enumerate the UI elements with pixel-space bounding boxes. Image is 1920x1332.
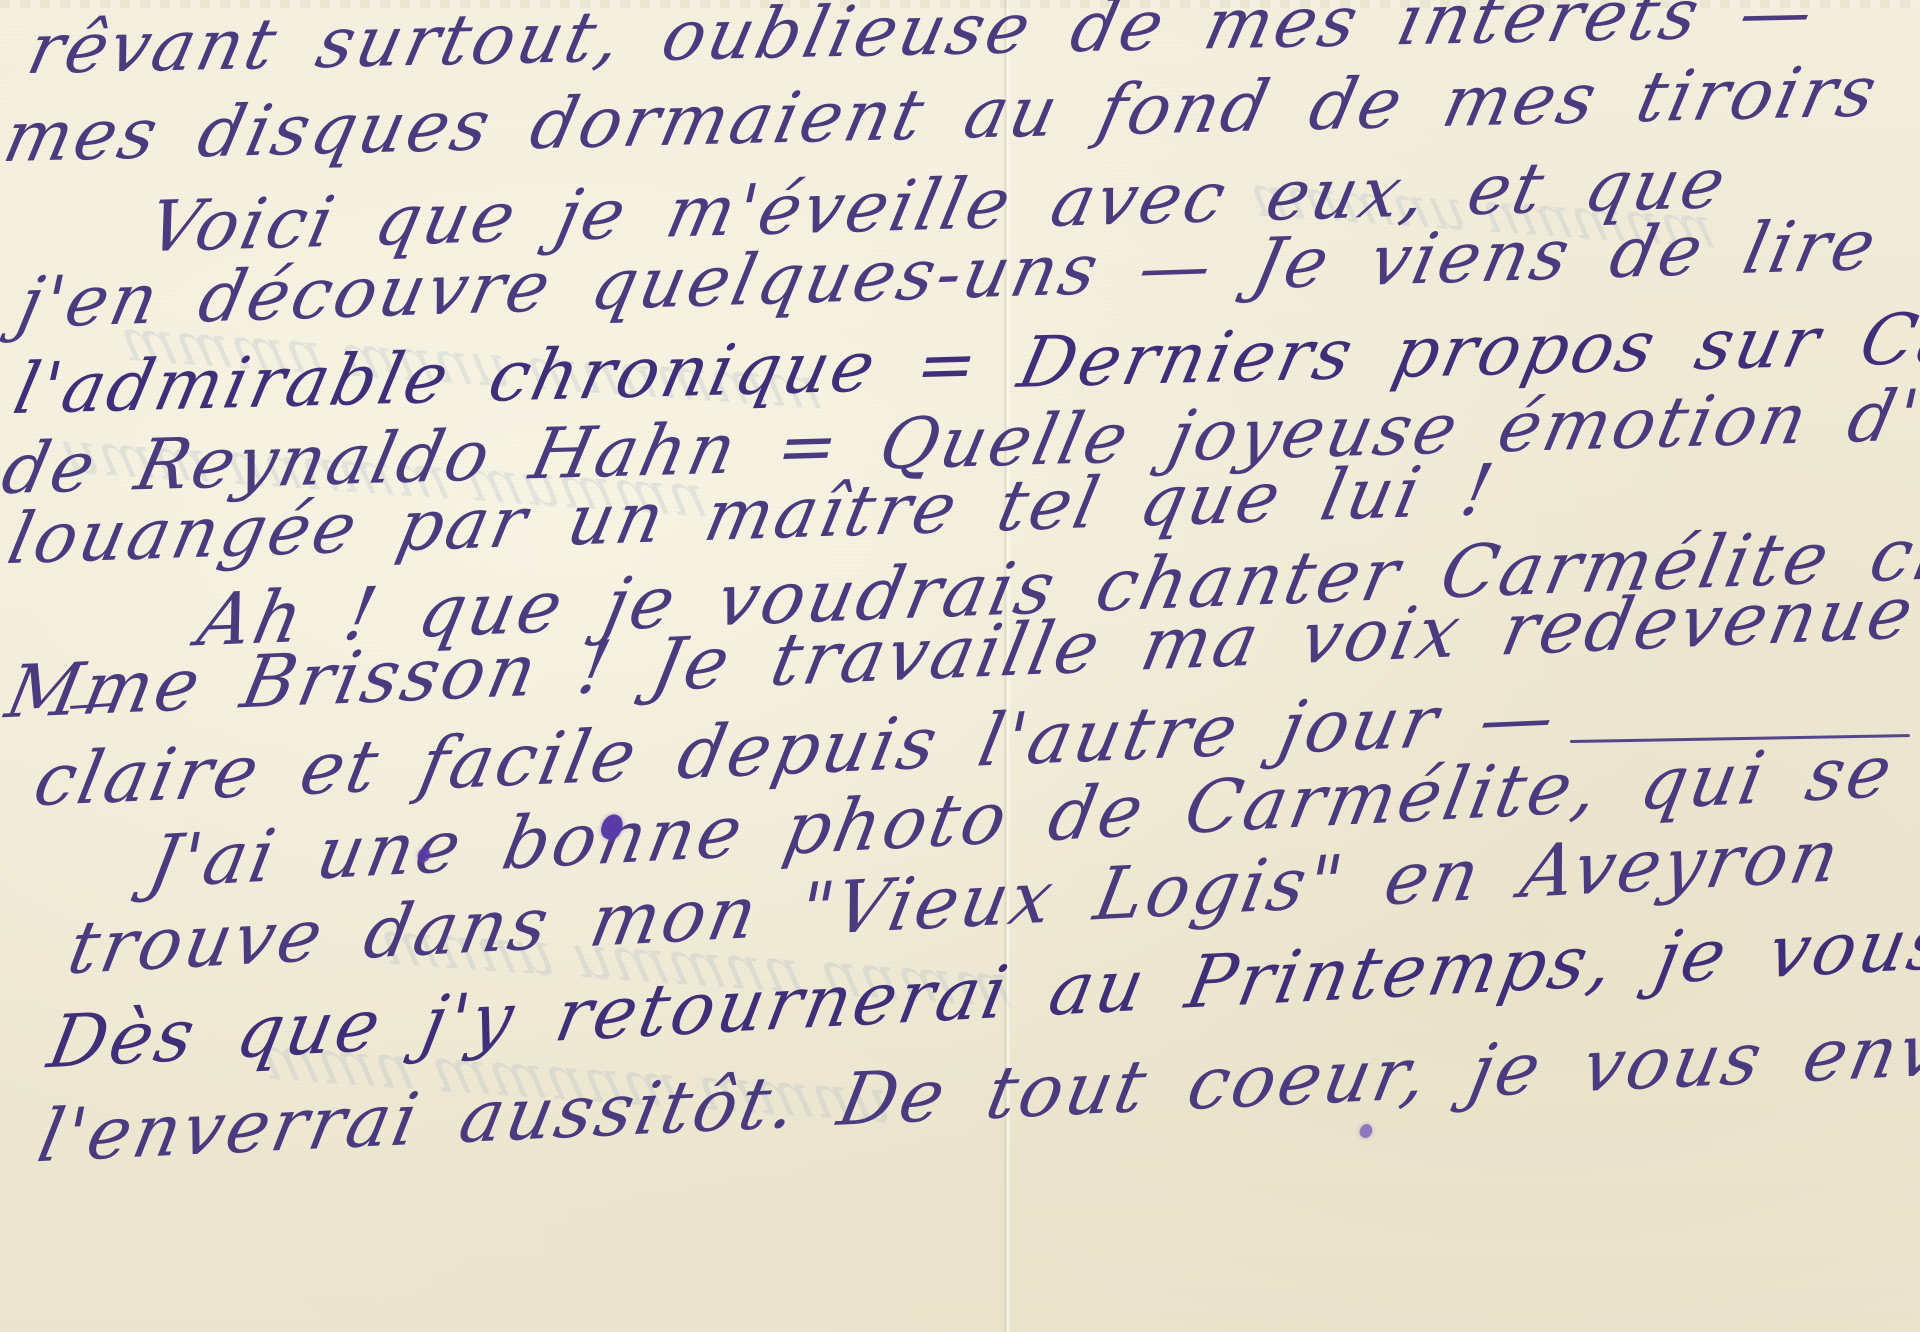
ink-blot (1358, 1122, 1375, 1140)
letter-page: mmmnnm unnm nmmm nmmum mmnnn mmu mmnn nn… (0, 0, 1920, 1332)
